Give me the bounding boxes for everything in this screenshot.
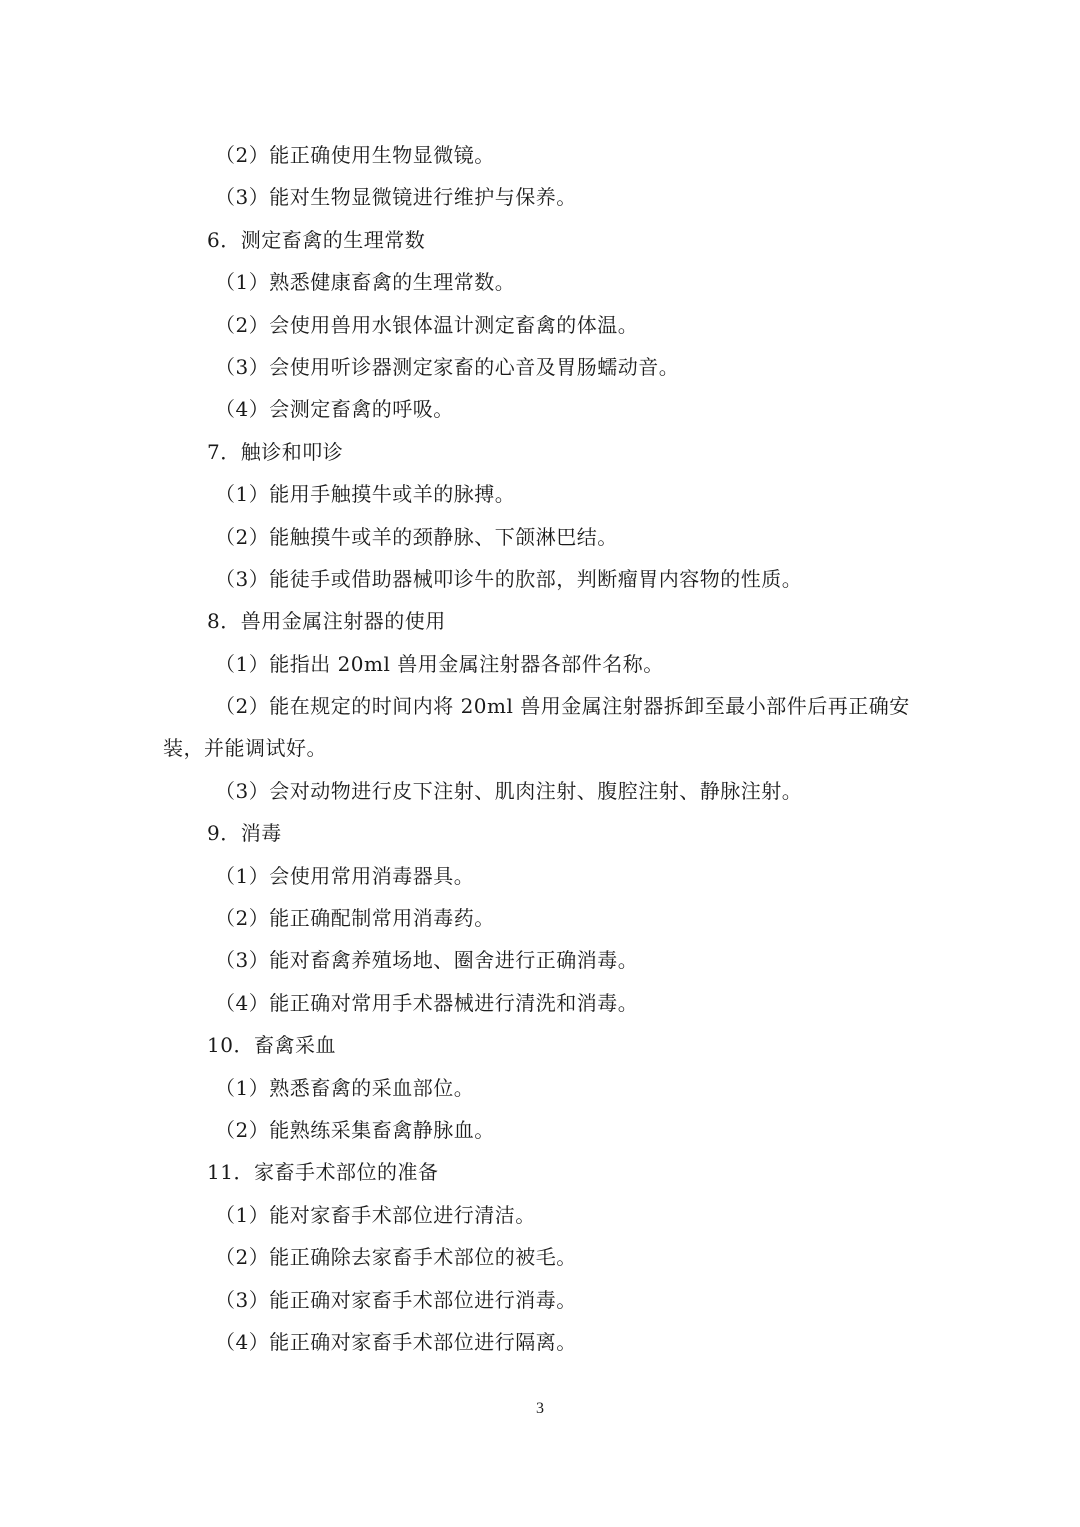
- list-item: （3）能对生物显微镜进行维护与保养。: [163, 176, 923, 218]
- list-item: （1）熟悉畜禽的采血部位。: [163, 1067, 923, 1109]
- list-item: （2）能熟练采集畜禽静脉血。: [163, 1109, 923, 1151]
- list-item: （2）能在规定的时间内将 20ml 兽用金属注射器拆卸至最小部件后再正确安: [163, 685, 923, 727]
- section-heading: 8．兽用金属注射器的使用: [163, 600, 923, 642]
- list-item: （2）能正确配制常用消毒药。: [163, 897, 923, 939]
- list-item-continuation: 装，并能调试好。: [163, 727, 923, 769]
- document-body: （2）能正确使用生物显微镜。 （3）能对生物显微镜进行维护与保养。 6．测定畜禽…: [163, 134, 923, 1363]
- list-item: （3）能徒手或借助器械叩诊牛的肷部，判断瘤胃内容物的性质。: [163, 558, 923, 600]
- list-item: （2）能触摸牛或羊的颈静脉、下颌淋巴结。: [163, 516, 923, 558]
- page-number: 3: [0, 1400, 1080, 1418]
- section-heading: 7．触诊和叩诊: [163, 431, 923, 473]
- list-item: （3）会使用听诊器测定家畜的心音及胃肠蠕动音。: [163, 346, 923, 388]
- document-page: （2）能正确使用生物显微镜。 （3）能对生物显微镜进行维护与保养。 6．测定畜禽…: [0, 0, 1080, 1527]
- list-item: （4）能正确对家畜手术部位进行隔离。: [163, 1321, 923, 1363]
- list-item: （3）能对畜禽养殖场地、圈舍进行正确消毒。: [163, 939, 923, 981]
- list-item: （2）能正确除去家畜手术部位的被毛。: [163, 1236, 923, 1278]
- list-item: （2）能正确使用生物显微镜。: [163, 134, 923, 176]
- list-item: （1）能对家畜手术部位进行清洁。: [163, 1194, 923, 1236]
- section-heading: 9．消毒: [163, 812, 923, 854]
- list-item: （2）会使用兽用水银体温计测定畜禽的体温。: [163, 304, 923, 346]
- list-item: （1）能用手触摸牛或羊的脉搏。: [163, 473, 923, 515]
- list-item: （4）能正确对常用手术器械进行清洗和消毒。: [163, 982, 923, 1024]
- section-heading: 10．畜禽采血: [163, 1024, 923, 1066]
- list-item: （1）熟悉健康畜禽的生理常数。: [163, 261, 923, 303]
- list-item: （1）会使用常用消毒器具。: [163, 855, 923, 897]
- section-heading: 11．家畜手术部位的准备: [163, 1151, 923, 1193]
- section-heading: 6．测定畜禽的生理常数: [163, 219, 923, 261]
- list-item: （3）能正确对家畜手术部位进行消毒。: [163, 1279, 923, 1321]
- list-item: （1）能指出 20ml 兽用金属注射器各部件名称。: [163, 643, 923, 685]
- list-item: （3）会对动物进行皮下注射、肌肉注射、腹腔注射、静脉注射。: [163, 770, 923, 812]
- list-item: （4）会测定畜禽的呼吸。: [163, 388, 923, 430]
